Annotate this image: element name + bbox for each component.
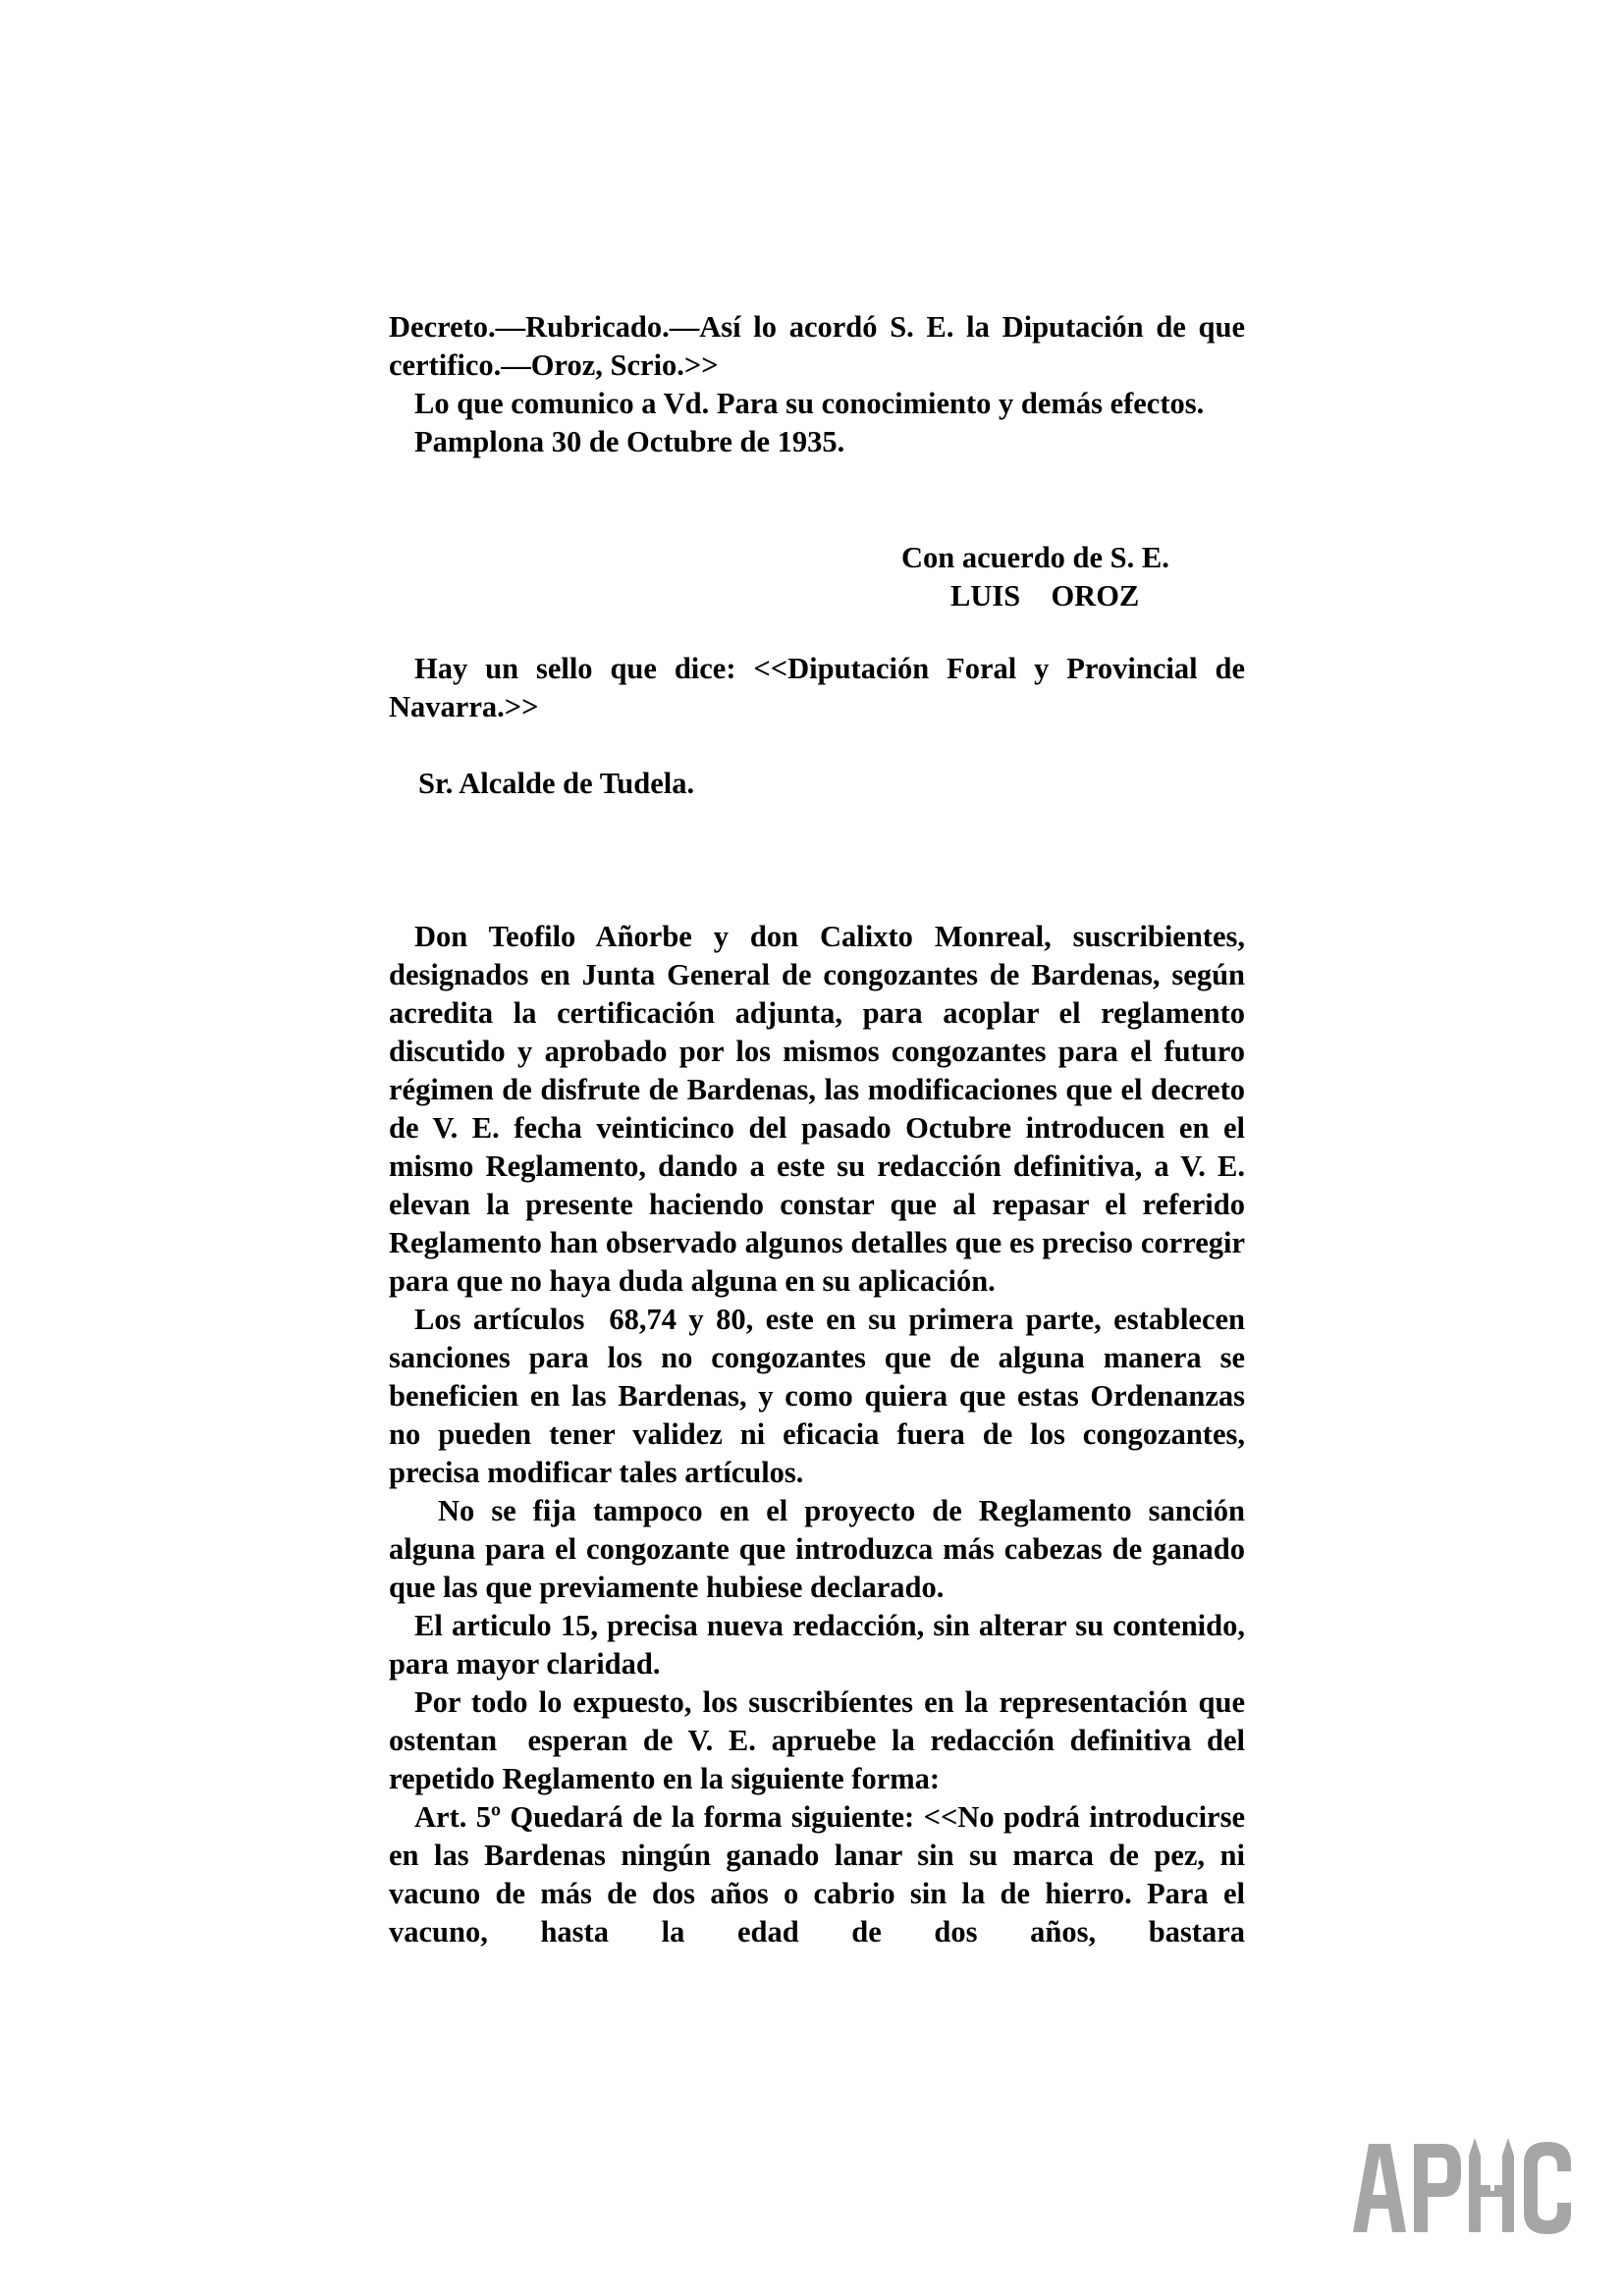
body-paragraph: Art. 5º Quedará de la forma siguiente: <… — [389, 1798, 1245, 1951]
body-paragraph: No se fija tampoco en el proyecto de Reg… — [389, 1492, 1245, 1607]
body-paragraph: Los artículos 68,74 y 80, este en su pri… — [389, 1301, 1245, 1492]
addressee-block: Sr. Alcalde de Tudela. — [389, 765, 1245, 803]
signature-block: Con acuerdo de S. E. LUIS OROZ — [901, 539, 1169, 615]
date-line: Pamplona 30 de Octubre de 1935. — [389, 423, 1245, 461]
body-paragraph: Don Teofilo Añorbe y don Calixto Monreal… — [389, 918, 1245, 1301]
aphc-logo-icon — [1349, 2136, 1585, 2234]
petition-body: Don Teofilo Añorbe y don Calixto Monreal… — [389, 918, 1245, 1951]
body-paragraph: Por todo lo expuesto, los suscribíentes … — [389, 1683, 1245, 1798]
document-page: Decreto.—Rubricado.—Así lo acordó S. E. … — [0, 0, 1624, 2296]
signature-name: LUIS OROZ — [901, 577, 1169, 615]
opening-block: Decreto.—Rubricado.—Así lo acordó S. E. … — [389, 308, 1245, 461]
body-paragraph: El articulo 15, precisa nueva redacción,… — [389, 1607, 1245, 1683]
addressee: Sr. Alcalde de Tudela. — [389, 765, 1245, 803]
communication-paragraph: Lo que comunico a Vd. Para su conocimien… — [389, 385, 1245, 423]
aphc-watermark-logo — [1349, 2136, 1585, 2234]
decree-closing-paragraph: Decreto.—Rubricado.—Así lo acordó S. E. … — [389, 308, 1245, 385]
signature-authority: Con acuerdo de S. E. — [901, 539, 1169, 577]
seal-block: Hay un sello que dice: <<Diputación Fora… — [389, 650, 1245, 726]
seal-note: Hay un sello que dice: <<Diputación Fora… — [389, 650, 1245, 726]
